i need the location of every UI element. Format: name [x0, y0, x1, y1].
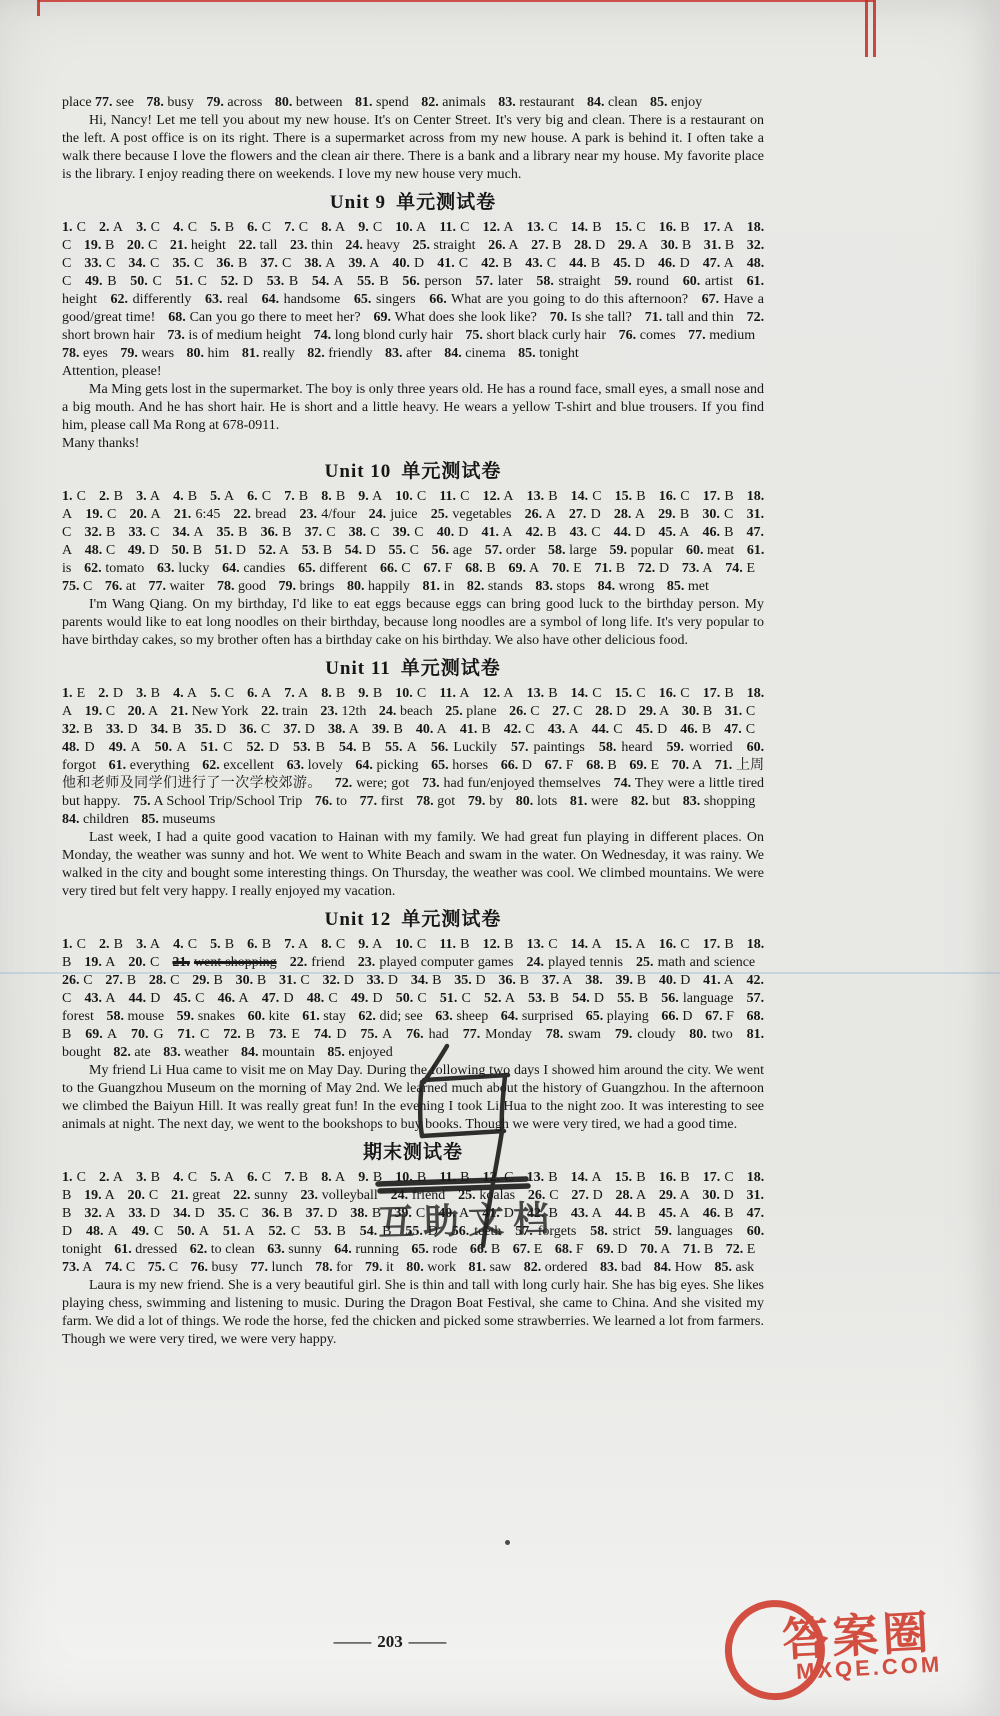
answer-number: 54.	[345, 543, 363, 558]
answer-number: 77.	[360, 794, 378, 809]
answer-number: 27.	[569, 507, 587, 522]
answer-text: D	[127, 722, 137, 737]
answer-item: 82. but	[631, 794, 679, 809]
answer-text: D	[595, 238, 605, 253]
answer-number: 26.	[62, 973, 80, 988]
answer-number: 76.	[406, 1027, 424, 1042]
answer-number: 15.	[615, 220, 633, 235]
answer-item: 6. C	[247, 220, 280, 235]
scan-red-border-line	[38, 0, 874, 2]
answer-text: D	[366, 543, 376, 558]
answer-item: 81. saw	[469, 1260, 521, 1275]
answer-item: 66. What are you going to do this aftern…	[429, 292, 697, 307]
answer-text: meat	[707, 543, 734, 558]
answer-number: 67.	[705, 1009, 723, 1024]
answer-number: 58.	[106, 1009, 124, 1024]
answer-text: D	[372, 991, 382, 1006]
answer-item: 51. A	[223, 1224, 264, 1239]
answer-number: 70.	[672, 758, 690, 773]
answer-item: 38. A	[328, 722, 368, 737]
answer-text: real	[227, 292, 248, 307]
answer-text: C	[77, 1170, 86, 1185]
answer-item: 74. long blond curly hair	[314, 328, 462, 343]
answer-number: 6.	[247, 937, 258, 952]
answer-item: 36. B	[262, 1206, 302, 1221]
answer-text: friend	[311, 955, 344, 970]
answer-number: 4.	[173, 220, 184, 235]
scanned-answer-page: place 77. see 78. busy 79. across 80. be…	[0, 0, 1000, 1716]
answer-number: 83.	[535, 579, 553, 594]
answer-item: 27. B	[531, 238, 570, 253]
answer-text: F	[566, 758, 574, 773]
answer-number: 43.	[570, 525, 588, 540]
answer-text: C	[504, 1170, 513, 1185]
answer-item: 5. B	[210, 220, 243, 235]
answer-number: 70.	[550, 310, 568, 325]
answer-item: 61. stay	[302, 1009, 355, 1024]
answer-item: 63. lucky	[157, 561, 218, 576]
answer-number: 21.	[171, 704, 189, 719]
answer-text: B	[460, 1170, 469, 1185]
answer-number: 69.	[596, 1242, 614, 1257]
answer-text: straight	[434, 238, 476, 253]
answer-text: Can you go there to meet her?	[190, 310, 361, 325]
answer-text: friendly	[328, 346, 372, 361]
answer-text: tonight	[62, 1242, 102, 1257]
footer-dash-left: —	[334, 1632, 371, 1652]
answer-item: 58. heard	[599, 740, 662, 755]
answer-text: beach	[400, 704, 433, 719]
answer-text: C	[291, 1224, 300, 1239]
answer-item: 12. A	[483, 220, 523, 235]
answer-number: 46.	[680, 722, 698, 737]
answer-item: 37. D	[283, 722, 324, 737]
answer-text: picking	[377, 758, 419, 773]
answer-text: C	[188, 220, 197, 235]
answer-text: C	[410, 543, 419, 558]
answer-number: 19.	[84, 955, 102, 970]
answer-item: 47. D	[262, 991, 303, 1006]
answer-text: D	[269, 740, 279, 755]
answer-item: 14. A	[571, 1170, 611, 1185]
answer-number: 58.	[536, 274, 554, 289]
answer-text: A	[680, 1206, 690, 1221]
answer-item: 60. artist	[683, 274, 742, 289]
answer-item: 80. happily	[347, 579, 419, 594]
answer-text: A	[105, 1188, 115, 1203]
answer-number: 55.	[357, 274, 375, 289]
answer-text: C	[151, 220, 160, 235]
answer-text: B	[289, 274, 298, 289]
heading-title: 单元测试卷	[401, 461, 501, 482]
answer-item: 81. were	[570, 794, 627, 809]
section-heading: 期末测试卷	[62, 1141, 764, 1165]
answer-text: A	[176, 740, 186, 755]
answer-text: different	[319, 561, 367, 576]
answer-number: 7.	[284, 1170, 295, 1185]
answer-item: 19. C	[85, 704, 124, 719]
answer-item: 85. enjoy	[650, 95, 711, 110]
answer-text: B	[591, 256, 600, 271]
answer-text: B	[724, 1206, 733, 1221]
answer-number: 46.	[658, 256, 676, 271]
answer-text: C	[262, 1170, 271, 1185]
answer-text: C	[150, 955, 159, 970]
answer-number: 41.	[437, 256, 455, 271]
answer-number: 32.	[84, 525, 102, 540]
answer-number: 18.	[747, 489, 765, 504]
answer-number: 49.	[109, 740, 127, 755]
answer-number: 65.	[298, 561, 316, 576]
answer-number: 28.	[616, 1188, 634, 1203]
answer-item: 36. B	[216, 256, 256, 271]
answer-number: 22.	[233, 1188, 251, 1203]
answer-item: 2. B	[99, 489, 132, 504]
answer-item: 40. A	[416, 722, 456, 737]
answer-item: 46. B	[702, 525, 742, 540]
answer-item: 26. C	[62, 973, 102, 988]
answer-number: 72.	[223, 1027, 241, 1042]
answer-text: A	[635, 507, 645, 522]
answer-number: 10.	[395, 937, 413, 952]
answer-text: C	[370, 525, 379, 540]
answer-number: 16.	[659, 686, 677, 701]
answer-item: 43. A	[84, 991, 124, 1006]
answer-item: 10. C	[395, 686, 435, 701]
answer-number: 71.	[645, 310, 663, 325]
answer-text: lucky	[178, 561, 209, 576]
answer-number: 26.	[525, 507, 543, 522]
answer-number: 59.	[614, 274, 632, 289]
answer-item: 23. 12th	[320, 704, 375, 719]
answer-text: good	[238, 579, 266, 594]
answer-number: 30.	[682, 704, 700, 719]
answer-number: 47.	[703, 256, 721, 271]
answer-number: 37.	[542, 973, 560, 988]
answer-number: 36.	[216, 256, 234, 271]
answer-text: B	[548, 686, 557, 701]
answer-item: 21. went shopping	[172, 955, 285, 970]
answer-text: sunny	[254, 1188, 287, 1203]
answer-item: 3. C	[136, 220, 169, 235]
answer-text: snakes	[198, 1009, 235, 1024]
answer-number: 28.	[574, 238, 592, 253]
answer-text: C	[62, 256, 71, 271]
answer-text: C	[62, 274, 71, 289]
answer-number: 45.	[613, 256, 631, 271]
answer-item: 71. B	[683, 1242, 722, 1257]
answer-item: 10. B	[395, 1170, 435, 1185]
answer-item: 5. C	[210, 686, 243, 701]
answer-text: A	[508, 238, 518, 253]
answer-item: 70. E	[552, 561, 591, 576]
answer-number: 64.	[262, 292, 280, 307]
answer-number: 7.	[284, 489, 295, 504]
answer-text: waiter	[169, 579, 204, 594]
answer-number: 67.	[513, 1242, 531, 1257]
answer-item: 70. A	[640, 1242, 679, 1257]
answer-number: 52.	[484, 991, 502, 1006]
answer-item: 2. A	[99, 1170, 132, 1185]
answer-item: 75. short black curly hair	[465, 328, 615, 343]
answer-item: 72. E	[726, 1242, 765, 1257]
answer-item: 4. A	[173, 686, 206, 701]
answer-number: 32.	[747, 238, 765, 253]
answer-number: 44.	[569, 256, 587, 271]
answer-number: 17.	[703, 220, 721, 235]
answer-item: 29. A	[659, 1188, 699, 1203]
answer-text: B	[460, 937, 469, 952]
answer-number: 49.	[351, 991, 369, 1006]
answer-item: 82. stands	[467, 579, 532, 594]
answer-number: 73.	[62, 1260, 80, 1275]
answer-text: B	[520, 973, 529, 988]
answer-item: 51. C	[201, 740, 242, 755]
answer-number: 63.	[205, 292, 223, 307]
answer-text: C	[62, 525, 71, 540]
answer-text: bread	[255, 507, 286, 522]
answer-item: 37. C	[305, 525, 345, 540]
answer-item: 4. C	[173, 1170, 206, 1185]
answer-item: 37. A	[542, 973, 582, 988]
answer-number: 62.	[358, 1009, 376, 1024]
answer-item: 27. C	[552, 704, 591, 719]
answer-number: 45.	[659, 1206, 677, 1221]
answer-text: were; got	[356, 776, 409, 791]
answer-text: ask	[736, 1260, 755, 1275]
answer-item: 69. E	[629, 758, 668, 773]
answer-item: 50. A	[177, 1224, 218, 1239]
answer-number: 23.	[290, 238, 308, 253]
answer-text: first	[381, 794, 404, 809]
answer-text: heard	[621, 740, 652, 755]
answer-text: C	[417, 686, 426, 701]
answer-number: 31.	[279, 973, 297, 988]
answer-text: C	[530, 704, 539, 719]
answer-text: D	[476, 973, 486, 988]
answer-text: D	[336, 1027, 346, 1042]
answer-number: 14.	[571, 220, 589, 235]
answer-number: 29.	[659, 1188, 677, 1203]
answer-item: 85. ask	[715, 1260, 764, 1275]
answer-item: 85. tonight	[518, 346, 588, 361]
answer-number: 71.	[594, 561, 612, 576]
answer-text: got	[437, 794, 455, 809]
heading-unit-label: Unit 12	[325, 909, 392, 930]
answer-text: A	[591, 1170, 601, 1185]
answer-text: kite	[269, 1009, 290, 1024]
answer-item: 8. C	[321, 937, 354, 952]
answer-text: A	[113, 1170, 123, 1185]
answer-number: 13.	[527, 1170, 545, 1185]
answer-number: 59.	[667, 740, 685, 755]
answer-number: 44.	[129, 991, 147, 1006]
answer-number: 26.	[488, 238, 506, 253]
answer-item: 1. E	[62, 686, 94, 701]
answer-item: 46. D	[658, 256, 699, 271]
answer-item: 28. D	[595, 704, 635, 719]
answer-text: C	[198, 274, 207, 289]
answer-number: 60.	[683, 274, 701, 289]
answer-text: A	[505, 991, 515, 1006]
answer-item: 76. busy	[191, 1260, 247, 1275]
answer-number: 50.	[130, 274, 148, 289]
answer-text: him	[208, 346, 230, 361]
answer-text: after	[406, 346, 432, 361]
answer-text: animals	[442, 95, 486, 110]
heading-title: 单元测试卷	[401, 909, 501, 930]
answer-number: 3.	[136, 489, 147, 504]
answer-item: 79. wears	[120, 346, 183, 361]
answer-text: C	[462, 991, 471, 1006]
answer-text: A	[638, 238, 648, 253]
answer-item: 42. B	[526, 525, 566, 540]
answer-text: museums	[162, 812, 215, 827]
answer-item: 62. to clean	[190, 1242, 264, 1257]
answer-text: lots	[537, 794, 557, 809]
answer-text: C	[613, 722, 622, 737]
answer-text: short black curly hair	[486, 328, 606, 343]
answer-text: A	[105, 1206, 115, 1221]
answer-item: 35. C	[218, 1206, 258, 1221]
answer-number: 59.	[654, 1224, 672, 1239]
answer-number: 47.	[747, 525, 765, 540]
answer-number: 35.	[195, 722, 213, 737]
answer-item: 26. A	[525, 507, 565, 522]
answer-text: comes	[640, 328, 676, 343]
answer-number: 72.	[638, 561, 656, 576]
passage: Ma Ming gets lost in the supermarket. Th…	[62, 381, 764, 435]
answer-number: 67.	[423, 561, 441, 576]
answer-item: 6. A	[247, 686, 280, 701]
answer-number: 64.	[501, 1009, 519, 1024]
answer-text: A	[333, 274, 343, 289]
answer-number: 22.	[234, 507, 252, 522]
answer-item: 62. excellent	[202, 758, 283, 773]
answer-text: A	[113, 220, 123, 235]
answer-text: A	[503, 489, 513, 504]
answer-text: C	[548, 220, 557, 235]
answer-text: brings	[299, 579, 334, 594]
answer-number: 37.	[260, 256, 278, 271]
answer-item: 4. B	[173, 489, 206, 504]
answer-item: 7. C	[284, 220, 317, 235]
answer-item: 44. B	[569, 256, 609, 271]
answer-text: swam	[568, 1027, 601, 1042]
section-heading: Unit 11单元测试卷	[62, 657, 764, 681]
answer-text: C	[592, 489, 601, 504]
answer-number: 17.	[703, 1170, 721, 1185]
answer-item: 22. friend	[290, 955, 354, 970]
answer-text: A	[724, 256, 734, 271]
answer-item: 65. different	[298, 561, 376, 576]
answer-item: 77. lunch	[251, 1260, 312, 1275]
answer-text: B	[636, 1170, 645, 1185]
answer-item: 57. order	[485, 543, 545, 558]
answer-text: met	[688, 579, 709, 594]
answer-text: D	[283, 991, 293, 1006]
answer-text: C	[680, 489, 689, 504]
answer-number: 77.	[688, 328, 706, 343]
answer-number: 38.	[585, 973, 603, 988]
answer-number: 25.	[412, 238, 430, 253]
answer-text: A	[62, 704, 72, 719]
answer-text: A	[636, 1188, 646, 1203]
answer-text: to clean	[211, 1242, 255, 1257]
answer-number: 43.	[548, 722, 566, 737]
answer-number: 58.	[599, 740, 617, 755]
answer-text: D	[635, 256, 645, 271]
answer-item: 31. C	[279, 973, 319, 988]
heading-unit-label: Unit 11	[325, 658, 391, 679]
answer-number: 16.	[659, 937, 677, 952]
answer-text: D	[150, 991, 160, 1006]
answer-number: 45.	[636, 722, 654, 737]
answer-number: 64.	[334, 1242, 352, 1257]
answer-text: sheep	[456, 1009, 488, 1024]
answer-number: 33.	[367, 973, 385, 988]
answer-text: A	[437, 722, 447, 737]
answer-text: C	[107, 507, 116, 522]
answer-number: 38.	[304, 256, 322, 271]
answer-item: 76. to	[315, 794, 356, 809]
answer-item: 65. singers	[354, 292, 425, 307]
answer-number: 82.	[631, 794, 649, 809]
answer-text: F	[726, 1009, 734, 1024]
answer-number: 50.	[155, 740, 173, 755]
answer-text: busy	[212, 1260, 238, 1275]
answer-text: B	[283, 1206, 292, 1221]
answer-number: 37.	[283, 722, 301, 737]
answer-number: 61.	[302, 1009, 320, 1024]
answer-item: 44. D	[614, 525, 655, 540]
answer-text: C	[106, 704, 115, 719]
answer-number: 42.	[526, 525, 544, 540]
answer-item: 7. A	[284, 686, 317, 701]
answer-item: 50. C	[396, 991, 436, 1006]
answer-item: 2. B	[99, 937, 132, 952]
answer-item: 45. C	[174, 991, 214, 1006]
answer-text: A	[335, 1170, 345, 1185]
answer-text: clean	[608, 95, 638, 110]
answer-text: D	[682, 1009, 692, 1024]
answer-text: did; see	[379, 1009, 422, 1024]
answer-text: D	[243, 274, 253, 289]
answer-text: C	[150, 256, 159, 271]
answer-text: B	[362, 740, 371, 755]
answer-text: B	[323, 543, 332, 558]
answer-number: 21.	[174, 507, 192, 522]
answer-text: A	[150, 937, 160, 952]
answer-item: 73. A	[682, 561, 722, 576]
answer-item: 79. cloudy	[615, 1027, 685, 1042]
answer-number: 85.	[518, 346, 536, 361]
answer-number: 64.	[222, 561, 240, 576]
answer-item: 55. B	[357, 274, 398, 289]
answer-number: 80.	[275, 95, 293, 110]
answer-number: 49.	[132, 1224, 150, 1239]
answer-number: 79.	[120, 346, 138, 361]
answer-number: 14.	[571, 1170, 589, 1185]
answer-number: 48.	[85, 543, 103, 558]
answer-number: 71.	[178, 1027, 196, 1042]
answer-number: 85.	[715, 1260, 733, 1275]
answer-item: 29. B	[658, 507, 698, 522]
answer-number: 46.	[218, 991, 236, 1006]
answer-text: wrong	[619, 579, 655, 594]
answer-item: 59. round	[614, 274, 678, 289]
answer-item: 56. age	[432, 543, 482, 558]
